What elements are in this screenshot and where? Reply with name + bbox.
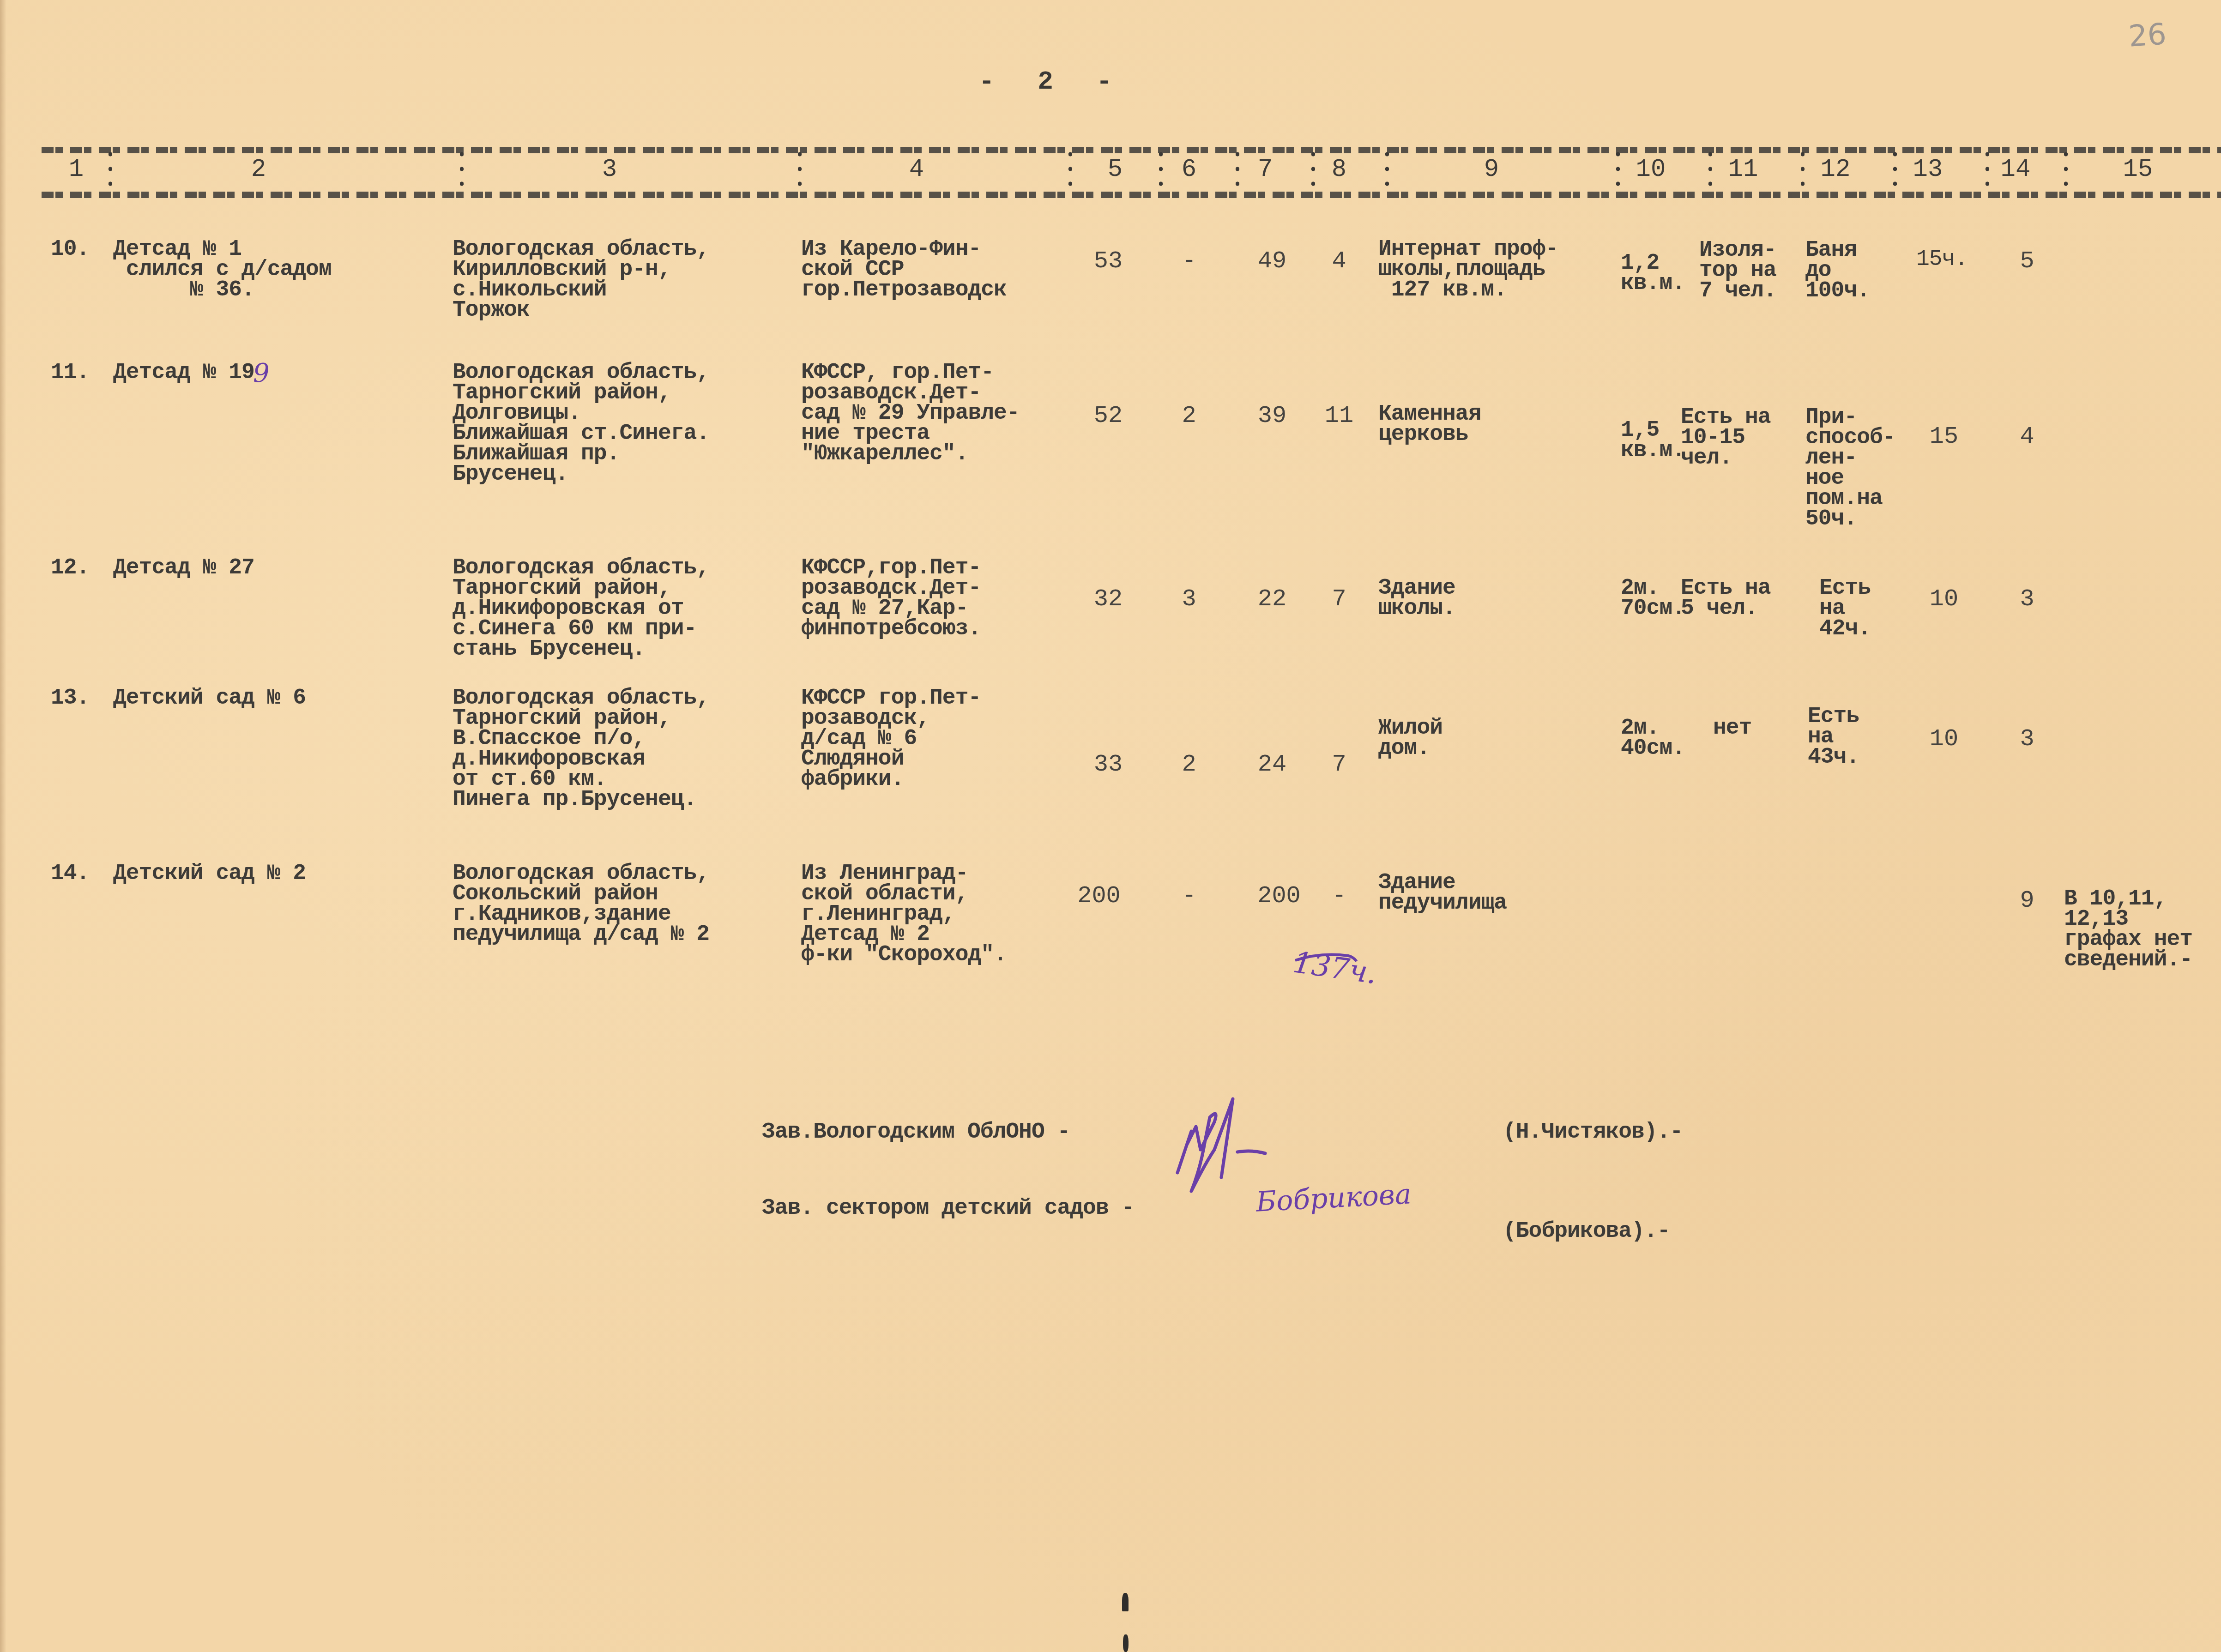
column-header-12: 12 [1812, 156, 1859, 184]
col8-value: 7 [1311, 587, 1367, 611]
column-header-4: 4 [893, 156, 940, 184]
premises-cell: Интернат проф- школы,площадь 127 кв.м. [1378, 239, 1558, 300]
column-header-6: 6 [1166, 156, 1212, 184]
kindergarten-name: Детский сад № 6 [113, 688, 306, 708]
signatory-title-1: Зав.Вологодским ОблОНО - [762, 1122, 1070, 1142]
origin-cell: КФССР,гор.Пет- розаводск.Дет- сад № 27,К… [801, 558, 981, 639]
column-separator [1801, 147, 1805, 193]
origin-cell: КФССР гор.Пет- розаводск, д/сад № 6 Слюд… [801, 688, 981, 790]
row-number: 10. [51, 239, 89, 259]
col12-bath: Есть на 42ч. [1819, 578, 1871, 639]
column-separator [2064, 147, 2068, 193]
location-cell: Вологодская область, Тарногский район, Д… [453, 362, 709, 484]
column-separator [798, 147, 802, 193]
col6-value: - [1161, 884, 1217, 908]
col5-value: 33 [1080, 753, 1136, 777]
column-header-11: 11 [1720, 156, 1766, 184]
column-header-2: 2 [235, 156, 282, 184]
col11-isolator: нет [1713, 718, 1751, 738]
column-header-1: 1 [53, 156, 99, 184]
col8-value: 11 [1311, 404, 1367, 428]
location-cell: Вологодская область, Тарногский район, В… [453, 688, 709, 810]
col5-value: 200 [1071, 884, 1127, 908]
column-separator [1616, 147, 1620, 193]
origin-cell: КФССР, гор.Пет- розаводск.Дет- сад № 29 … [801, 362, 1020, 464]
column-header-8: 8 [1316, 156, 1362, 184]
col12-bath: При- способ- лен- ное пом.на 50ч. [1805, 407, 1895, 529]
col6-value: 3 [1161, 587, 1217, 611]
column-header-10: 10 [1628, 156, 1674, 184]
kindergarten-name: Детсад № 1 слился с д/садом № 36. [113, 239, 332, 300]
origin-cell: Из Карело-Фин- ской ССР гор.Петрозаводск [801, 239, 1007, 300]
premises-cell: Каменная церковь [1378, 404, 1481, 445]
row-number: 13. [51, 688, 89, 708]
paper-edge [0, 0, 6, 1652]
row-number: 11. [51, 362, 89, 383]
col10-area: 1,5 кв.м. [1621, 420, 1685, 461]
row-number: 12. [51, 558, 89, 578]
signatory-name-2: (Бобрикова).- [1503, 1221, 1670, 1242]
col6-value: 2 [1161, 404, 1217, 428]
col14-value: 3 [1999, 587, 2055, 611]
col7-value: 49 [1244, 249, 1300, 273]
column-separator [1986, 147, 1989, 193]
col11-isolator: Есть на 10-15 чел. [1681, 407, 1771, 468]
page-number: - 2 - [979, 67, 1126, 96]
premises-cell: Здание школы. [1378, 578, 1455, 619]
col13-value: 15ч. [1916, 249, 1968, 270]
handwritten-correction: 9 [253, 358, 270, 388]
column-separator [109, 147, 112, 193]
location-cell: Вологодская область, Сокольский район г.… [453, 863, 709, 945]
column-separator [1893, 147, 1897, 193]
col10-area: 2м. 40см. [1621, 718, 1685, 759]
col7-value: 24 [1244, 753, 1300, 777]
kindergarten-name: Детсад № 19 [113, 362, 254, 383]
col5-value: 32 [1080, 587, 1136, 611]
signatory-title-2: Зав. сектором детский садов - [762, 1198, 1134, 1218]
column-separator [1159, 147, 1163, 193]
col7-value: 39 [1244, 404, 1300, 428]
column-separator [1068, 147, 1072, 193]
col14-value: 5 [1999, 249, 2055, 273]
column-header-7: 7 [1242, 156, 1288, 184]
binding-mark [1123, 1634, 1129, 1652]
col12-bath: Есть на 43ч. [1808, 706, 1859, 767]
origin-cell: Из Ленинград- ской области, г.Ленинград,… [801, 863, 1007, 965]
col8-value: - [1311, 884, 1367, 908]
col13-value: 15 [1916, 425, 1972, 449]
col15-note: В 10,11, 12,13 графах нет сведений.- [2064, 889, 2192, 970]
col8-value: 4 [1311, 249, 1367, 273]
column-header-15: 15 [2115, 156, 2161, 184]
column-separator [460, 147, 464, 193]
col11-isolator: Изоля- тор на 7 чел. [1699, 240, 1776, 301]
col7-value: 200 [1251, 884, 1307, 908]
premises-cell: Здание педучилища [1378, 873, 1507, 913]
row-number: 14. [51, 863, 89, 884]
kindergarten-name: Детсад № 27 [113, 558, 254, 578]
col7-value: 22 [1244, 587, 1300, 611]
col13-value: 10 [1916, 727, 1972, 751]
column-header-13: 13 [1905, 156, 1951, 184]
col5-value: 53 [1080, 249, 1136, 273]
col13-value: 10 [1916, 587, 1972, 611]
column-separator [1311, 147, 1315, 193]
column-separator [1385, 147, 1389, 193]
col6-value: 2 [1161, 753, 1217, 777]
binding-mark [1122, 1593, 1129, 1611]
kindergarten-name: Детский сад № 2 [113, 863, 306, 884]
location-cell: Вологодская область, Тарногский район, д… [453, 558, 709, 659]
col10-area: 2м. 70см. [1621, 578, 1685, 619]
col10-area: 1,2 кв.м. [1621, 253, 1685, 294]
column-header-14: 14 [1992, 156, 2039, 184]
col14-value: 4 [1999, 425, 2055, 449]
col5-value: 52 [1080, 404, 1136, 428]
column-header-9: 9 [1468, 156, 1515, 184]
col8-value: 7 [1311, 753, 1367, 777]
archive-sheet-number: 26 [2128, 17, 2167, 54]
signatory-name-1: (Н.Чистяков).- [1503, 1122, 1683, 1142]
col14-value: 9 [1999, 889, 2055, 913]
column-header-5: 5 [1092, 156, 1138, 184]
column-separator [1236, 147, 1239, 193]
col12-bath: Баня до 100ч. [1805, 240, 1870, 301]
location-cell: Вологодская область, Кирилловский р-н, с… [453, 239, 709, 320]
col11-isolator: Есть на 5 чел. [1681, 578, 1771, 619]
col6-value: - [1161, 249, 1217, 273]
premises-cell: Жилой дом. [1378, 718, 1442, 759]
col14-value: 3 [1999, 727, 2055, 751]
column-header-3: 3 [586, 156, 633, 184]
column-separator [1708, 147, 1712, 193]
